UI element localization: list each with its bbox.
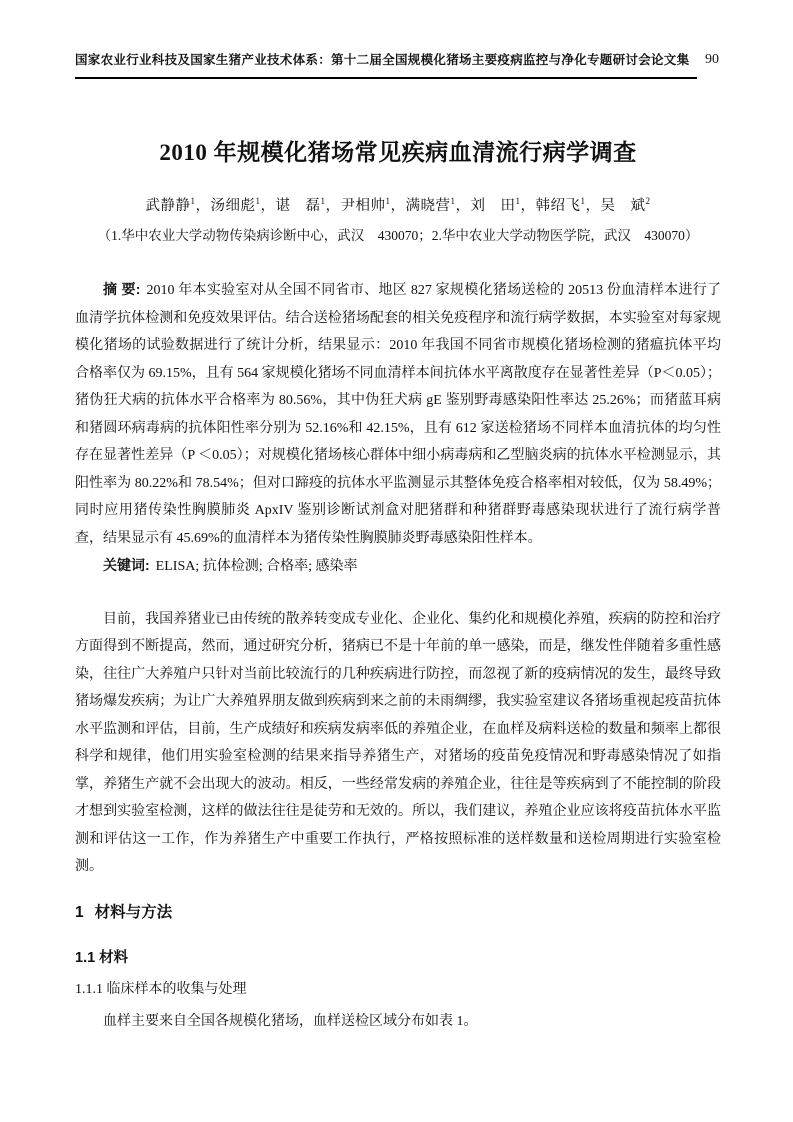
author-name: 谌 磊: [276, 198, 321, 214]
author-name: 刘 田: [471, 198, 516, 214]
author-name: 韩绍飞: [536, 198, 581, 214]
section-1-1-1-heading: 1.1.1 临床样本的收集与处理: [75, 980, 721, 1000]
author-separator: ，: [521, 198, 536, 214]
author-separator: ，: [196, 198, 211, 214]
section-1-number: 1: [75, 904, 84, 921]
keywords-line: 关键词:ELISA; 抗体检测; 合格率; 感染率: [75, 552, 721, 581]
author-name: 汤细彪: [211, 198, 256, 214]
author-separator: ，: [456, 198, 471, 214]
running-head-title: 国家农业行业科技及国家生猪产业技术体系：第十二届全国规模化猪场主要疫病监控与净化…: [75, 52, 697, 79]
author-separator: ，: [391, 198, 406, 214]
abstract-label: 摘 要:: [103, 281, 140, 297]
section-1-heading: 1材料与方法: [75, 902, 721, 924]
affiliation-line: （1.华中农业大学动物传染病诊断中心，武汉 430070；2.华中农业大学动物医…: [75, 226, 721, 245]
author-name: 吴 斌: [601, 198, 646, 214]
samples-source-paragraph: 血样主要来自全国各规模化猪场，血样送检区域分布如表 1。: [75, 1008, 721, 1036]
page-number: 90: [705, 52, 721, 68]
author-separator: ，: [586, 198, 601, 214]
authors-line: 武静静1，汤细彪1，谌 磊1，尹相帅1，满晓营1，刘 田1，韩绍飞1，吴 斌2: [75, 196, 721, 216]
author-name: 尹相帅: [341, 198, 386, 214]
author-name: 武静静: [146, 198, 191, 214]
author-name: 满晓营: [406, 198, 451, 214]
abstract-text: 2010 年本实验室对从全国不同省市、地区 827 家规模化猪场送检的 2051…: [75, 283, 721, 546]
section-1-title: 材料与方法: [95, 904, 173, 921]
paper-page: 国家农业行业科技及国家生猪产业技术体系：第十二届全国规模化猪场主要疫病监控与净化…: [0, 0, 793, 1122]
keywords-text: ELISA; 抗体检测; 合格率; 感染率: [156, 559, 358, 574]
author-separator: ，: [326, 198, 341, 214]
author-separator: ，: [261, 198, 276, 214]
author-affiliation-marker: 2: [646, 196, 651, 206]
abstract-paragraph: 摘 要:2010 年本实验室对从全国不同省市、地区 827 家规模化猪场送检的 …: [75, 276, 721, 552]
article-title: 2010 年规模化猪场常见疾病血清流行病学调查: [75, 137, 721, 169]
page-header: 国家农业行业科技及国家生猪产业技术体系：第十二届全国规模化猪场主要疫病监控与净化…: [75, 52, 721, 79]
keywords-label: 关键词:: [103, 557, 150, 573]
section-1-1-heading: 1.1 材料: [75, 948, 721, 968]
intro-paragraph: 目前，我国养猪业已由传统的散养转变成专业化、企业化、集约化和规模化养殖，疾病的防…: [75, 606, 721, 881]
